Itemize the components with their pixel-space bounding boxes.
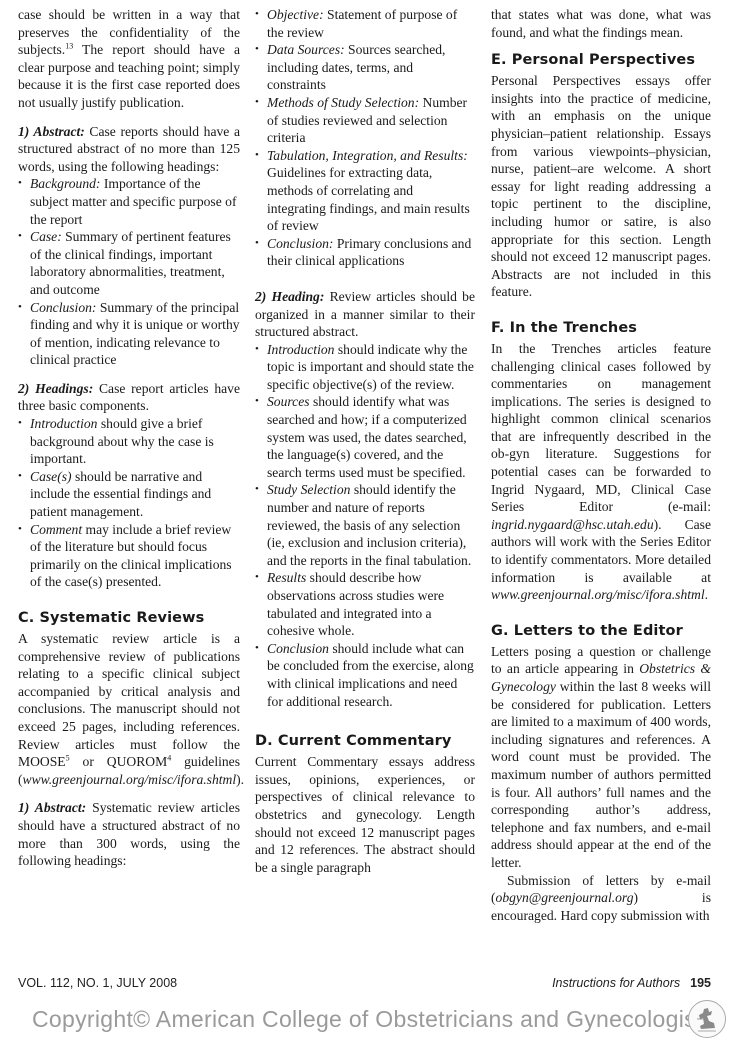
letters-submission-text: Submission of letters by e-mail (obgyn@g…	[491, 872, 711, 925]
list-item: Introduction should indicate why the top…	[255, 341, 475, 394]
abstract-headings-list: Background: Importance of the subject ma…	[18, 175, 240, 369]
in-the-trenches-text: In the Trenches articles feature challen…	[491, 340, 711, 604]
copyright-notice: Copyright© American College of Obstetric…	[32, 1006, 714, 1033]
list-item: Methods of Study Selection: Number of st…	[255, 94, 475, 147]
sr-heading-list: Introduction should indicate why the top…	[255, 341, 475, 710]
list-item: Data Sources: Sources searched, includin…	[255, 41, 475, 94]
current-commentary-continued: that states what was done, what was foun…	[491, 6, 711, 41]
letters-to-editor-text: Letters posing a question or challenge t…	[491, 643, 711, 872]
acog-seal-icon	[688, 1000, 726, 1038]
seal-figure-icon	[689, 1001, 725, 1037]
list-item: Comment may include a brief review of th…	[18, 521, 240, 591]
headings-components-list: Introduction should give a brief backgro…	[18, 415, 240, 591]
case-report-intro: case should be written in a way that pre…	[18, 6, 240, 112]
list-item: Sources should identify what was searche…	[255, 393, 475, 481]
column-2: Objective: Statement of purpose of the r…	[255, 6, 475, 876]
list-item: Conclusion: Primary conclusions and thei…	[255, 235, 475, 270]
list-item: Study Selection should identify the numb…	[255, 481, 475, 569]
page-number: 195	[690, 976, 711, 990]
sr-abstract-headings-list: Objective: Statement of purpose of the r…	[255, 6, 475, 270]
systematic-review-abstract: 1) Abstract: Systematic review articles …	[18, 799, 240, 869]
list-item: Conclusion should include what can be co…	[255, 640, 475, 710]
section-label: Instructions for Authors	[552, 976, 680, 990]
column-1: case should be written in a way that pre…	[18, 6, 240, 870]
column-3: that states what was done, what was foun…	[491, 6, 711, 924]
section-heading-letters-to-the-editor: G. Letters to the Editor	[491, 622, 711, 640]
subheading: 1) Abstract:	[18, 124, 85, 139]
section-heading-current-commentary: D. Current Commentary	[255, 732, 475, 750]
case-report-headings: 2) Headings: Case report articles have t…	[18, 380, 240, 415]
section-heading-systematic-reviews: C. Systematic Reviews	[18, 609, 240, 627]
list-item: Introduction should give a brief backgro…	[18, 415, 240, 468]
running-footer: Instructions for Authors195	[552, 976, 711, 990]
list-item: Conclusion: Summary of the principal fin…	[18, 299, 240, 369]
guidelines-link[interactable]: www.greenjournal.org/misc/ifora.shtml	[23, 772, 237, 787]
editor-email-link[interactable]: ingrid.nygaard@hsc.utah.edu	[491, 517, 654, 532]
obgyn-email-link[interactable]: obgyn@greenjournal.org	[496, 890, 634, 905]
section-heading-in-the-trenches: F. In the Trenches	[491, 319, 711, 337]
subheading: 1) Abstract:	[18, 800, 86, 815]
list-item: Case: Summary of pertinent features of t…	[18, 228, 240, 298]
list-item: Objective: Statement of purpose of the r…	[255, 6, 475, 41]
systematic-reviews-text: A systematic review article is a compreh…	[18, 630, 240, 788]
list-item: Background: Importance of the subject ma…	[18, 175, 240, 228]
list-item: Tabulation, Integration, and Results: Gu…	[255, 147, 475, 235]
reference-superscript: 13	[65, 42, 73, 51]
current-commentary-text: Current Commentary essays address issues…	[255, 753, 475, 876]
section-heading-personal-perspectives: E. Personal Perspectives	[491, 51, 711, 69]
subheading: 2) Headings:	[18, 381, 93, 396]
case-report-abstract: 1) Abstract: Case reports should have a …	[18, 123, 240, 176]
issue-info: VOL. 112, NO. 1, JULY 2008	[18, 976, 177, 990]
subheading: 2) Heading:	[255, 289, 324, 304]
personal-perspectives-text: Personal Perspectives essays offer insig…	[491, 72, 711, 301]
sr-heading: 2) Heading: Review articles should be or…	[255, 288, 475, 341]
ifora-link[interactable]: www.greenjournal.org/misc/ifora.shtml	[491, 587, 705, 602]
list-item: Results should describe how observations…	[255, 569, 475, 639]
list-item: Case(s) should be narrative and include …	[18, 468, 240, 521]
